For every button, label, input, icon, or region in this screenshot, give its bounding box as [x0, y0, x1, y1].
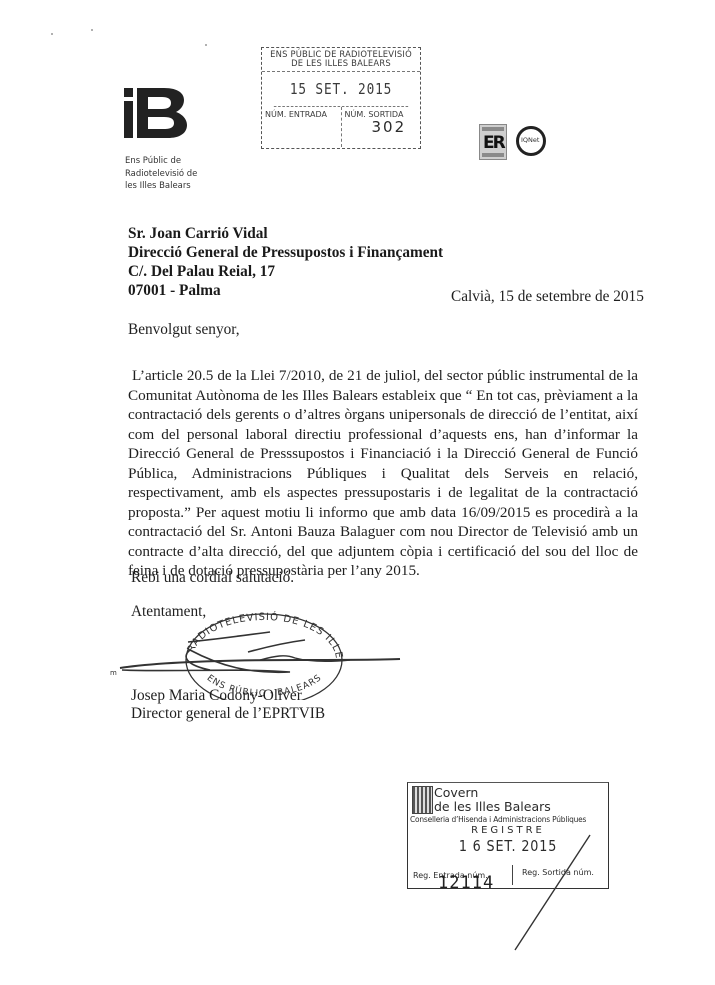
stamp-sortida-cell: NÚM. SORTIDA 302: [341, 107, 421, 147]
govern-line2: de les Illes Balears: [434, 799, 551, 814]
govern-shield-icon: [412, 786, 433, 814]
signer-block: Josep Maria Codony-Oliver Director gener…: [131, 687, 325, 723]
stamp-entrada-cell: NÚM. ENTRADA: [262, 107, 341, 147]
seal-top-text: RADIOTELEVISIÓ DE LES ILLES: [100, 600, 344, 660]
reg-entrada-number: 12114: [438, 873, 494, 893]
svg-text:m: m: [110, 669, 117, 677]
iqnet-label: IQNet: [521, 136, 539, 144]
recipient-address: Sr. Joan Carrió Vidal Direcció General d…: [128, 224, 443, 300]
stamp-entrada-label: NÚM. ENTRADA: [265, 110, 327, 119]
recipient-street: C/. Del Palau Reial, 17: [128, 262, 443, 281]
scan-speck: [91, 29, 93, 31]
org-line2: Radiotelevisió de: [125, 168, 197, 181]
greeting: Benvolgut senyor,: [128, 321, 240, 339]
er-label: ER: [483, 133, 504, 153]
stamp-header-line2: DE LES ILLES BALEARS: [262, 59, 420, 68]
recipient-name: Sr. Joan Carrió Vidal: [128, 224, 443, 243]
organization-name: Ens Públic de Radiotelevisió de les Ille…: [125, 155, 197, 193]
scan-speck: [205, 44, 207, 46]
closing: Rebi una cordial salutació.: [131, 569, 294, 587]
letter-body: L’article 20.5 de la Llei 7/2010, de 21 …: [128, 366, 638, 581]
aenor-er-certification-icon: ER: [479, 124, 507, 160]
conselleria-line: Conselleria d’Hisenda i Administracions …: [410, 815, 586, 824]
signer-name: Josep Maria Codony-Oliver: [131, 687, 325, 705]
recipient-department: Direcció General de Pressupostos i Finan…: [128, 243, 443, 262]
ib-logo-icon: [124, 88, 194, 138]
letter-date: Calvià, 15 de setembre de 2015: [451, 288, 644, 306]
scan-speck: [51, 33, 53, 35]
handwritten-slash-icon: [500, 830, 600, 960]
iqnet-certification-icon: IQNet: [516, 126, 546, 156]
svg-text:RADIOTELEVISIÓ DE LES ILLES: RADIOTELEVISIÓ DE LES ILLES: [100, 600, 344, 660]
official-seal-and-signature-icon: RADIOTELEVISIÓ DE LES ILLES ENS PÚBLIC ·…: [100, 600, 420, 700]
recipient-city: 07001 - Palma: [128, 281, 443, 300]
govern-line1: Covern: [434, 785, 478, 800]
registry-stamp-top: ENS PÚBLIC DE RADIOTELEVISIÓ DE LES ILLE…: [261, 47, 421, 149]
stamp-sortida-number: 302: [372, 118, 407, 136]
stamp-date: 15 SET. 2015: [274, 72, 408, 107]
org-line3: les Illes Balears: [125, 180, 197, 193]
signer-title: Director general de l’EPRTVIB: [131, 705, 325, 723]
stamp-header: ENS PÚBLIC DE RADIOTELEVISIÓ DE LES ILLE…: [262, 48, 420, 72]
org-line1: Ens Públic de: [125, 155, 197, 168]
